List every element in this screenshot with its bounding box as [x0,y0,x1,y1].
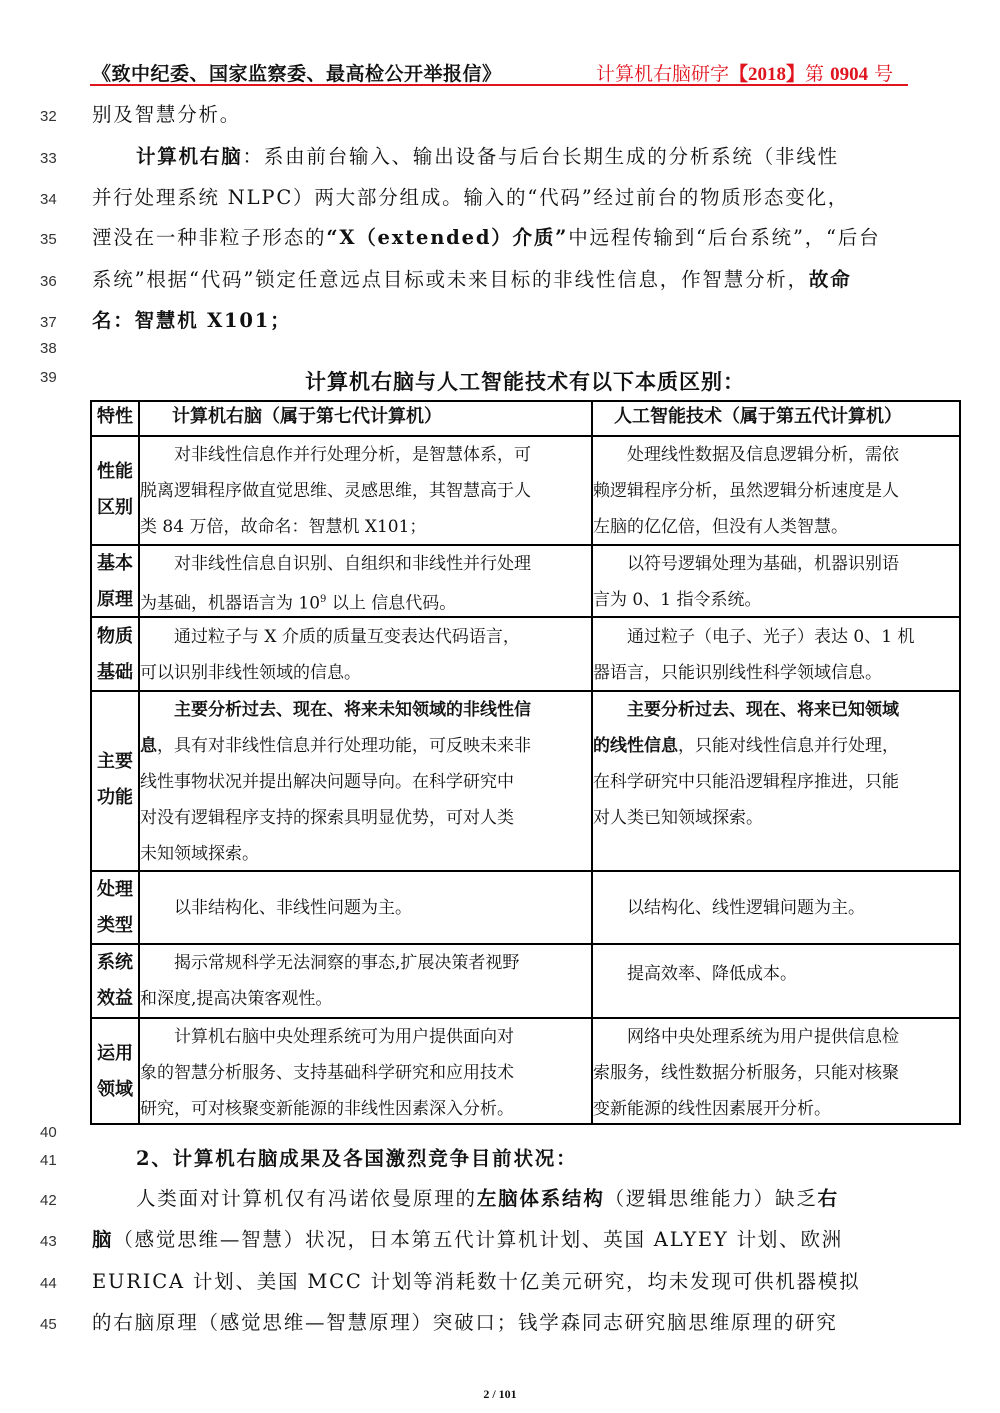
table-header-feature: 特性 [92,399,138,435]
document-header-title: 《致中纪委、国家监察委、最高检公开举报信》 [92,59,502,86]
feature-label-performance: 性能区别 [92,454,138,526]
line-number: 45 [40,1316,70,1333]
reference-prefix: 计算机右脑研字 [596,63,729,85]
cell-right-brain-principle: 对非线性信息自识别、自组织和非线性并行处理 为基础，机器语言为 109 以上 信… [140,546,590,622]
feature-label-processing-type: 处理类型 [92,872,138,944]
body-text-line-33: 计算机右脑：系由前台输入、输出设备与后台长期生成的分析系统（非线性 [92,147,910,167]
cell-right-brain-application: 计算机右脑中央处理系统可为用户提供面向对 象的智慧分析服务、支持基础科学研究和应… [140,1019,590,1127]
reference-number: 0904 [830,64,868,85]
text-span: 中远程传输到“后台系统”，“后台 [568,226,880,249]
line-number: 40 [40,1124,70,1141]
reference-year: 【2018】 [729,64,805,85]
body-text-line-32: 别及智慧分析。 [92,105,910,125]
body-text-line-34: 并行处理系统 NLPC）两大部分组成。输入的“代码”经过前台的物质形态变化， [92,188,910,208]
cell-right-brain-material: 通过粒子与 X 介质的质量互变表达代码语言， 可以识别非线性领域的信息。 [140,619,590,691]
feature-label-main-function: 主要功能 [92,744,138,816]
text-span: 人类面对计算机仅有冯诺依曼原理的 [136,1187,477,1210]
text-span: （感觉思维—智慧）状况，日本第五代计算机计划、英国 ALYEY 计划、欧洲 [113,1228,843,1251]
line-number: 33 [40,150,70,167]
cell-ai-application: 网络中央处理系统为用户提供信息检 索服务，线性数据分析服务，只能对核聚 变新能源… [593,1019,961,1127]
cell-ai-processing: 以结构化、线性逻辑问题为主。 [593,890,961,926]
body-text-line-42: 人类面对计算机仅有冯诺依曼原理的左脑体系结构（逻辑思维能力）缺乏右 [92,1189,910,1209]
table-header-ai: 人工智能技术（属于第五代计算机） [614,399,902,435]
body-text-line-43: 脑（感觉思维—智慧）状况，日本第五代计算机计划、英国 ALYEY 计划、欧洲 [92,1230,910,1250]
line-number: 35 [40,231,70,248]
cell-right-brain-function: 主要分析过去、现在、将来未知领域的非线性信 息，具有对非线性信息并行处理功能，可… [140,692,590,872]
body-text-line-44: EURICA 计划、美国 MCC 计划等消耗数十亿美元研究，均未发现可供机器模拟 [92,1272,910,1292]
reference-mid: 第 [805,63,830,85]
line-number: 39 [40,369,70,386]
term-right-brain: 计算机右脑 [136,145,243,168]
reference-suffix: 号 [868,63,893,85]
text-bold-span: 脑 [92,1228,113,1251]
term-x-medium: “X（extended）介质” [326,226,568,249]
text-bold-span: 故命 [809,268,852,291]
page-indicator: 2 / 101 [0,1387,1000,1402]
cell-right-brain-performance: 对非线性信息作并行处理分析，是智慧体系，可 脱离逻辑程序做直觉思维、灵感思维，其… [140,437,590,545]
line-number: 38 [40,340,70,357]
section-heading-2: 2、计算机右脑成果及各国激烈竞争目前状况： [136,1149,954,1169]
feature-label-principle: 基本原理 [92,546,138,618]
cell-ai-material: 通过粒子（电子、光子）表达 0、1 机 器语言，只能识别线性科学领域信息。 [593,619,961,691]
line-number: 44 [40,1275,70,1292]
text-span: 系统”根据“代码”锁定任意远点目标或未来目标的非线性信息，作智慧分析， [92,268,809,291]
cell-ai-function: 主要分析过去、现在、将来已知领域 的线性信息，只能对线性信息并行处理， 在科学研… [593,692,961,836]
line-number: 32 [40,108,70,125]
line-number: 37 [40,314,70,331]
line-number: 34 [40,191,70,208]
body-text-line-35: 湮没在一种非粒子形态的“X（extended）介质”中远程传输到“后台系统”，“… [92,228,910,248]
text-bold-span: 右 [818,1187,839,1210]
feature-label-system-benefit: 系统效益 [92,945,138,1017]
text-span: （逻辑思维能力）缺乏 [605,1187,818,1210]
body-text-line-45: 的右脑原理（感觉思维—智慧原理）突破口；钱学森同志研究脑思维原理的研究 [92,1313,910,1333]
cell-right-brain-processing: 以非结构化、非线性问题为主。 [140,890,590,926]
cell-right-brain-benefit: 揭示常规科学无法洞察的事态,扩展决策者视野 和深度,提高决策客观性。 [140,945,590,1017]
table-title: 计算机右脑与人工智能技术有以下本质区别： [305,366,745,396]
body-text-line-36: 系统”根据“代码”锁定任意远点目标或未来目标的非线性信息，作智慧分析，故命 [92,270,910,290]
line-number: 42 [40,1192,70,1209]
table-header-right-brain: 计算机右脑（属于第七代计算机） [172,399,442,435]
feature-label-application-field: 运用领域 [92,1036,138,1108]
document-reference-number: 计算机右脑研字【2018】第 0904 号 [596,59,893,86]
definition-text: ：系由前台输入、输出设备与后台长期生成的分析系统（非线性 [243,145,839,168]
cell-ai-benefit: 提高效率、降低成本。 [593,956,961,992]
text-span: 湮没在一种非粒子形态的 [92,226,326,249]
header-rule-divider [90,84,908,86]
feature-label-material-basis: 物质基础 [92,619,138,691]
cell-ai-performance: 处理线性数据及信息逻辑分析，需依 赖逻辑程序分析，虽然逻辑分析速度是人 左脑的亿… [593,437,961,545]
body-text-line-37: 名：智慧机 X101； [92,311,910,331]
line-number: 36 [40,273,70,290]
term-left-brain-architecture: 左脑体系结构 [477,1187,605,1210]
comparison-table: 特性 计算机右脑（属于第七代计算机） 人工智能技术（属于第五代计算机） 性能区别… [90,400,961,1125]
cell-ai-principle: 以符号逻辑处理为基础，机器识别语 言为 0、1 指令系统。 [593,546,961,618]
line-number: 43 [40,1233,70,1250]
line-number: 41 [40,1152,70,1169]
